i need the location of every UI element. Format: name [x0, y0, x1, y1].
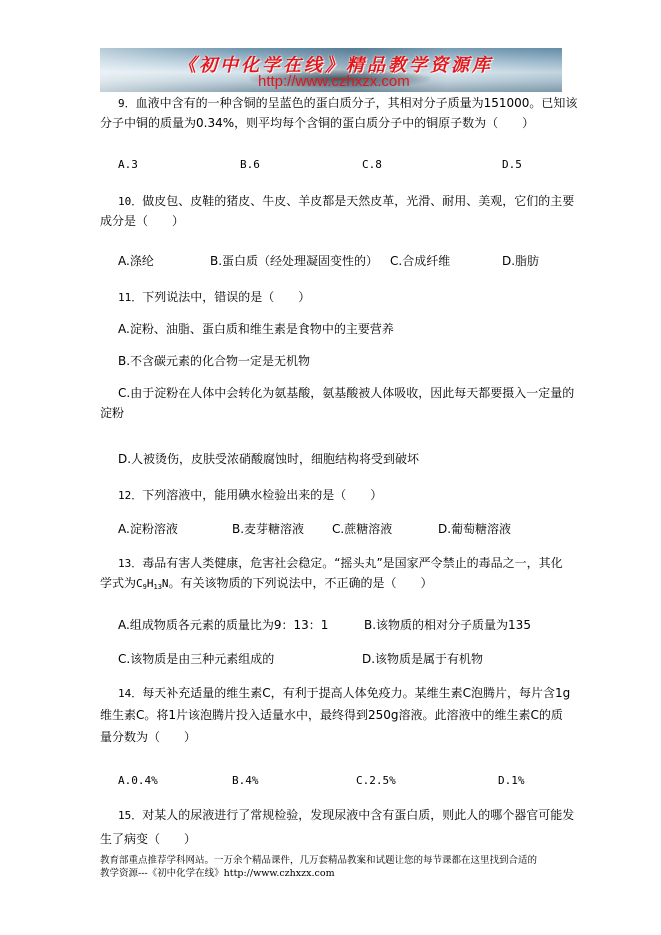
- question-number: 14．: [118, 687, 142, 700]
- question-line: 做皮包、皮鞋的猪皮、牛皮、羊皮都是天然皮革，光滑、耐用、美观，它们的主要: [142, 194, 574, 208]
- question-14-options: A.0.4% B.4% C.2.5% D.1%: [118, 771, 562, 791]
- question-11-options: A.淀粉、油脂、蛋白质和维生素是食物中的主要营养: [100, 319, 562, 339]
- question-text: 12．下列溶液中，能用碘水检验出来的是（ ）: [100, 485, 562, 505]
- header-banner: 《初中化学在线》精品教学资源库 http://www.czhxzx.com: [100, 48, 562, 92]
- question-11: 11．下列说法中，错误的是（ ）: [100, 287, 562, 307]
- question-12-options: A.淀粉溶液 B.麦芽糖溶液 C.蔗糖溶液 D.葡萄糖溶液: [118, 519, 562, 539]
- question-line: 对某人的尿液进行了常规检验，发现尿液中含有蛋白质，则此人的哪个器官可能发: [142, 808, 574, 822]
- formula-nitrogen: N: [162, 577, 169, 590]
- question-line: 量分数为（ ）: [100, 727, 562, 747]
- question-13: 13．毒品有害人类健康，危害社会稳定。“摇头丸”是国家严令禁止的毒品之一，其化 …: [100, 553, 562, 593]
- option-d: D.葡萄糖溶液: [438, 519, 511, 539]
- page-footer: 教育部重点推荐学科网站。一万余个精品课件，几万套精品教案和试题让您的每节课都在这…: [100, 854, 570, 880]
- question-number: 15．: [118, 809, 142, 822]
- question-number: 13．: [118, 557, 142, 570]
- question-12: 12．下列溶液中，能用碘水检验出来的是（ ）: [100, 485, 562, 505]
- option-b: B.麦芽糖溶液: [232, 519, 304, 539]
- footer-line-2: 教学资源---《初中化学在线》http://www.czhxzx.com: [100, 867, 570, 880]
- option-b: B.4%: [232, 771, 259, 791]
- question-line: 维生素C。将1片该泡腾片投入适量水中，最终得到250g溶液。此溶液中的维生素C的…: [100, 705, 562, 725]
- question-text: 14．每天补充适量的维生素C，有利于提高人体免疫力。某维生素C泡腾片，每片含1g: [100, 683, 562, 703]
- formula-carbon: C: [136, 577, 143, 590]
- option-a: A.淀粉溶液: [118, 519, 178, 539]
- question-line: 毒品有害人类健康，危害社会稳定。“摇头丸”是国家严令禁止的毒品之一，其化: [142, 556, 562, 570]
- question-line: 生了病变（ ）: [100, 829, 562, 849]
- option-c: C.由于淀粉在人体中会转化为氨基酸，氨基酸被人体吸收，因此每天都要摄入一定量的: [100, 383, 562, 403]
- option-c-continuation: 淀粉: [100, 403, 562, 423]
- option-a: A.组成物质各元素的质量比为9：13：1: [118, 615, 328, 635]
- option-c: C.8: [362, 155, 382, 175]
- option-a: A.涤纶: [118, 251, 154, 271]
- question-line: 每天补充适量的维生素C，有利于提高人体免疫力。某维生素C泡腾片，每片含1g: [142, 686, 570, 700]
- option-a: A.0.4%: [118, 771, 158, 791]
- question-text: 13．毒品有害人类健康，危害社会稳定。“摇头丸”是国家严令禁止的毒品之一，其化: [100, 553, 562, 573]
- option-c: C.该物质是由三种元素组成的: [118, 649, 274, 669]
- option-b: B.该物质的相对分子质量为135: [364, 615, 531, 635]
- option-c: C.2.5%: [356, 771, 396, 791]
- question-9: 9．血液中含有的一种含铜的呈蓝色的蛋白质分子，其相对分子质量为151000。已知…: [100, 93, 562, 133]
- footer-line-1: 教育部重点推荐学科网站。一万余个精品课件，几万套精品教案和试题让您的每节课都在这…: [100, 854, 570, 867]
- question-line: 分子中铜的质量为0.34%，则平均每个含铜的蛋白质分子中的铜原子数为（ ）: [100, 113, 562, 133]
- question-line-part: 学式为: [100, 576, 136, 590]
- question-line-part: 。有关该物质的下列说法中，不正确的是（ ）: [169, 576, 433, 590]
- question-13-options-row2: C.该物质是由三种元素组成的 D.该物质是属于有机物: [118, 649, 562, 669]
- banner-url[interactable]: http://www.czhxzx.com: [258, 73, 410, 90]
- question-14: 14．每天补充适量的维生素C，有利于提高人体免疫力。某维生素C泡腾片，每片含1g…: [100, 683, 562, 747]
- chemical-formula: C9H13N: [136, 577, 169, 590]
- option-d: D.脂肪: [502, 251, 539, 271]
- question-number: 11．: [118, 291, 142, 304]
- formula-hydrogen-count: 13: [153, 583, 161, 591]
- question-10: 10．做皮包、皮鞋的猪皮、牛皮、羊皮都是天然皮革，光滑、耐用、美观，它们的主要 …: [100, 191, 562, 231]
- option-d: D.1%: [498, 771, 525, 791]
- option-d: D.5: [502, 155, 522, 175]
- question-13-options-row1: A.组成物质各元素的质量比为9：13：1 B.该物质的相对分子质量为135: [118, 615, 562, 635]
- question-line: 学式为C9H13N。有关该物质的下列说法中，不正确的是（ ）: [100, 573, 562, 593]
- question-10-options: A.涤纶 B.蛋白质（经处理凝固变性的） C.合成纤维 D.脂肪: [118, 251, 562, 271]
- question-9-options: A.3 B.6 C.8 D.5: [118, 155, 562, 175]
- question-line: 下列说法中，错误的是（ ）: [142, 290, 310, 304]
- option-a: A.淀粉、油脂、蛋白质和维生素是食物中的主要营养: [100, 319, 562, 339]
- question-text: 15．对某人的尿液进行了常规检验，发现尿液中含有蛋白质，则此人的哪个器官可能发: [100, 805, 562, 825]
- option-d: D.该物质是属于有机物: [362, 649, 483, 669]
- question-number: 10．: [118, 195, 142, 208]
- option-c: C.合成纤维: [390, 251, 450, 271]
- question-number: 9．: [118, 97, 136, 110]
- option-a: A.3: [118, 155, 138, 175]
- question-text: 11．下列说法中，错误的是（ ）: [100, 287, 562, 307]
- option-c: C.蔗糖溶液: [332, 519, 392, 539]
- option-b: B.不含碳元素的化合物一定是无机物: [100, 351, 562, 371]
- question-number: 12．: [118, 489, 142, 502]
- option-b: B.蛋白质（经处理凝固变性的）: [210, 251, 378, 271]
- option-b: B.6: [240, 155, 260, 175]
- question-text: 10．做皮包、皮鞋的猪皮、牛皮、羊皮都是天然皮革，光滑、耐用、美观，它们的主要: [100, 191, 562, 211]
- question-line: 成分是（ ）: [100, 211, 562, 231]
- question-line: 下列溶液中，能用碘水检验出来的是（ ）: [142, 488, 382, 502]
- question-15: 15．对某人的尿液进行了常规检验，发现尿液中含有蛋白质，则此人的哪个器官可能发 …: [100, 805, 562, 849]
- question-line: 血液中含有的一种含铜的呈蓝色的蛋白质分子，其相对分子质量为151000。已知该: [136, 96, 578, 110]
- question-text: 9．血液中含有的一种含铜的呈蓝色的蛋白质分子，其相对分子质量为151000。已知…: [100, 93, 562, 113]
- option-d: D.人被烫伤，皮肤受浓硝酸腐蚀时，细胞结构将受到破坏: [100, 449, 562, 469]
